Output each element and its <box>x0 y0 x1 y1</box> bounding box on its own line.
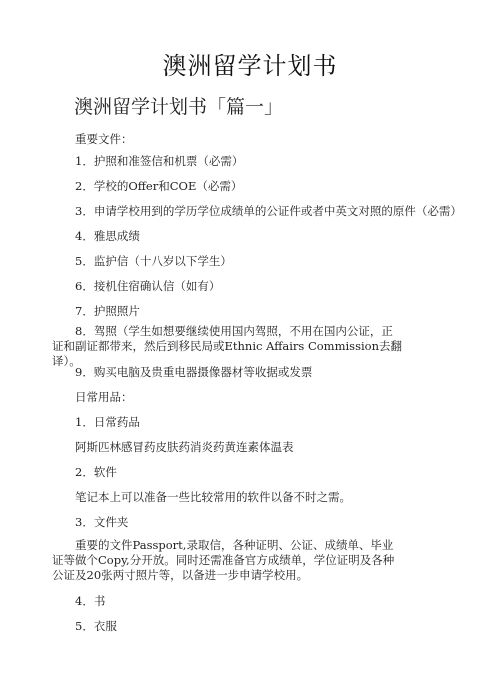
list-item: 5．监护信（十八岁以下学生） <box>75 253 232 269</box>
list-item: 1．护照和准签信和机票（必需） <box>75 153 243 169</box>
list-item: 3．文件夹 <box>75 514 128 530</box>
list-item: 5．衣服 <box>75 618 117 634</box>
list-item: 9．购买电脑及贵重电器摄像器材等收据或发票 <box>75 364 312 380</box>
list-item: 6．接机住宿确认信（如有） <box>75 278 220 294</box>
list-item-detail: 笔记本上可以准备一些比较常用的软件以备不时之需。 <box>75 489 351 505</box>
list-item: 2．软件 <box>75 464 117 480</box>
list-item-detail: 阿斯匹林感冒药皮肤药消炎药黄连素体温表 <box>75 439 294 455</box>
list-item: 3．申请学校用到的学历学位成绩单的公证件或者中英文对照的原件（必需） <box>75 203 462 219</box>
list-item: 4．书 <box>75 593 105 609</box>
list-item-paragraph: 重要的文件Passport,录取信，各种证明、公证、成绩单、毕业证等做个Copy… <box>52 538 402 583</box>
important-docs-heading: 重要文件： <box>75 131 133 147</box>
list-item: 4．雅思成绩 <box>75 228 140 244</box>
section-subtitle: 澳洲留学计划书「篇一」 <box>74 92 283 119</box>
list-item: 1．日常药品 <box>75 414 140 430</box>
document-title: 澳洲留学计划书 <box>0 46 500 81</box>
list-item-paragraph: 8．驾照（学生如想要继续使用国内驾照，不用在国内公证，正证和副证都带来，然后到移… <box>52 324 402 369</box>
list-item: 2．学校的Offer和COE（必需） <box>75 178 242 194</box>
list-item: 7．护照照片 <box>75 303 140 319</box>
daily-items-heading: 日常用品： <box>75 389 133 405</box>
